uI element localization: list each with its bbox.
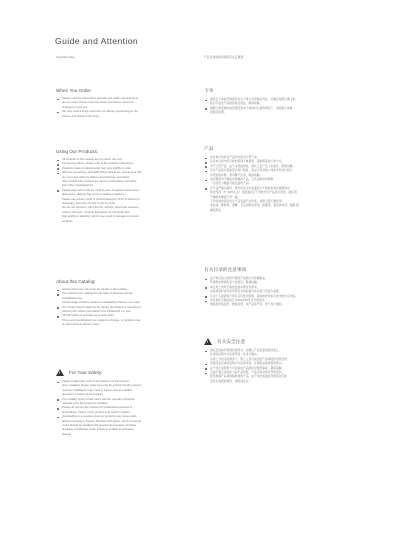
page-title: Guide and Attention <box>55 36 138 46</box>
section-heading: About this Catalog: <box>56 279 194 284</box>
section-heading: 有关安全注意 <box>204 338 342 345</box>
list-item: Overloading or excessive strain on produ… <box>56 415 194 437</box>
list-item: 本目录所记载的信息为2014年6月当今的信息，规格和价格信息、规格变更、或产品停… <box>204 299 342 308</box>
list-item: The photos in the catalog are intended t… <box>56 292 194 305</box>
list-item: 根据订单量或时间等原因造成不能按时交货的情况下，请您耐心等候一段时间处理。 <box>204 107 342 116</box>
list-item: Please do not use the product for uninte… <box>56 406 194 415</box>
bullet-list: 由于本目录上的所刊登的产品照片为印刷制品，色调和实物颜色有少许差异，敬请谅解。本… <box>204 277 342 308</box>
left-section-2: About this Catalog:Actual colors may var… <box>56 279 194 328</box>
list-item-line: 规格和价格信息、规格变更、或产品停产时，恕不另行通知。 <box>210 303 342 307</box>
list-item: 出产品严重污损时，请先用在水中溶湿后拧干的软布或在稀释的中性洗涤剂（5～10%左… <box>204 187 342 213</box>
section-heading-text: 产品 <box>204 146 213 152</box>
list-item-line: volume and timing of the order. <box>62 115 194 119</box>
bullet-list: All products in this catalog are for ind… <box>56 158 194 224</box>
left-section-0: When You Order:Please read the instructi… <box>56 88 194 119</box>
section-heading-text: When You Order: <box>56 88 92 93</box>
left-section-3: For Your Safety:Please install each prod… <box>56 369 194 437</box>
section-heading-text: 有关安全注意 <box>217 339 245 345</box>
list-item: 请定期使用干燥的布料擦拭产品，已达到保养的效果。（过度用力擦拭可能会刮伤产品） <box>204 178 342 187</box>
list-item: 请在安装前仔细阅读说明书，并确认产品安装稳固并施工，并请将说明书交给使用者一并进… <box>204 349 342 362</box>
warning-icon <box>204 338 212 345</box>
section-heading-text: 下单 <box>204 88 213 94</box>
bullet-list: Please install each product according to… <box>56 380 194 437</box>
list-item-line: surfaces. <box>62 220 194 224</box>
section-heading: When You Order: <box>56 88 194 93</box>
right-section-1: 产品本目录中的所有产品均为室内专用产品。有关本目录中所记载的特别下单事项，请参照… <box>204 146 342 213</box>
bullet-list: Please read the instructions carefully a… <box>56 97 194 119</box>
list-item-line: 碱性药品 <box>210 209 342 213</box>
important-note-label-cn: 产品目录的使用说明及注意事项 <box>204 55 243 59</box>
list-item: Please wipe with a soft dry cloth as par… <box>56 189 194 224</box>
list-item-line: 段时间处理。 <box>210 111 342 115</box>
section-heading: Using Our Products: <box>56 149 194 154</box>
section-heading: 产品 <box>204 146 342 152</box>
list-item: 有些产品是以套装形式进行销售，将由于和其他公司的零件进行组合所导致的问题，我司概… <box>204 169 342 178</box>
list-item: 请您在下单前仔细阅读有关下单方式的相关内容，以确定按照正确下单，我们不接受产品的… <box>204 98 342 107</box>
list-item-line: be discontinued without notice. <box>62 323 194 327</box>
list-item: We may need a longer lead time for deliv… <box>56 110 194 119</box>
important-note-label: Important Note: <box>56 55 75 59</box>
bullet-list: Actual colors may vary from the photos i… <box>56 288 194 328</box>
list-item: 由于本目录上的所刊登的产品照片为印刷制品，色调和实物颜色有少许差异，敬请谅解。 <box>204 277 342 286</box>
right-section-0: 下单请您在下单前仔细阅读有关下单方式的相关内容，以确定按照正确下单，我们不接受产… <box>204 88 342 116</box>
section-heading-text: For Your Safety: <box>69 370 103 375</box>
section-heading: For Your Safety: <box>56 369 194 376</box>
bullet-list: 请在安装前仔细阅读说明书，并确认产品安装稳固并施工，并请将说明书交给使用者一并进… <box>204 349 342 384</box>
left-section-1: Using Our Products:All products in this … <box>56 149 194 224</box>
section-heading: 有关目录的注意事项 <box>204 267 342 273</box>
list-item: 本目录上的所记载的安装实例仅作参考，实际使用时请以使用者安全的前提为条件进行安装… <box>204 286 342 295</box>
list-item: All information is accurate as of June 2… <box>56 314 194 327</box>
list-item: Please read the instructions carefully a… <box>56 97 194 110</box>
section-heading-text: Using Our Products: <box>56 149 98 154</box>
list-item: Please install each product according to… <box>56 380 194 398</box>
list-item-line: 会发生破损的情况，请特别注意。 <box>210 380 342 384</box>
right-section-3: 有关安全注意请在安装前仔细阅读说明书，并确认产品安装稳固并施工，并请将说明书交给… <box>204 338 342 384</box>
bullet-list: 请您在下单前仔细阅读有关下单方式的相关内容，以确定按照正确下单，我们不接受产品的… <box>204 98 342 116</box>
right-section-2: 有关目录的注意事项由于本目录上的所刊登的产品照片为印刷制品，色调和实物颜色有少许… <box>204 267 342 308</box>
section-heading-text: 有关目录的注意事项 <box>204 267 246 273</box>
warning-icon <box>56 369 64 376</box>
list-item: With few exceptions, all KAWAJUN product… <box>56 171 194 189</box>
list-item-line: change. <box>62 433 194 437</box>
bullet-list: 本目录中的所有产品均为室内专用产品。有关本目录中所记载的特别下单事项，请参照其他… <box>204 156 342 213</box>
section-heading-text: About this Catalog: <box>56 279 96 284</box>
section-heading: 下单 <box>204 88 342 94</box>
list-item: 当由于超过承受能力的产品负载，产品可能会损坏导致受伤，附带玻璃产品和树脂材质的产… <box>204 371 342 384</box>
